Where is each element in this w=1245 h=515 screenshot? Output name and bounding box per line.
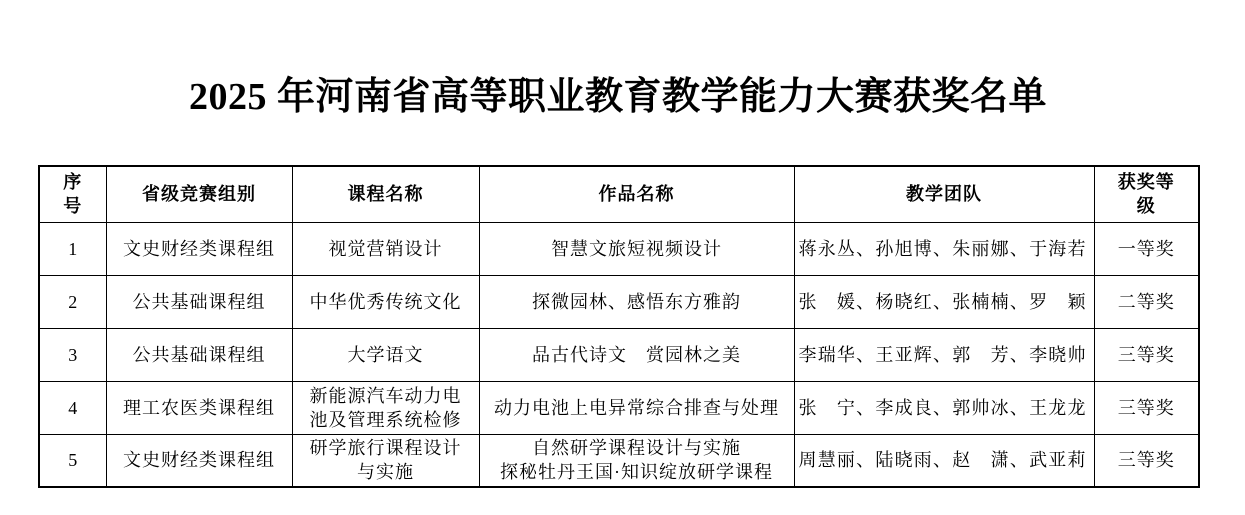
cell-award: 三等奖: [1094, 328, 1199, 381]
cell-course: 视觉营销设计: [292, 222, 479, 275]
col-header-work: 作品名称: [479, 166, 794, 222]
cell-award: 三等奖: [1094, 381, 1199, 434]
cell-index: 5: [39, 434, 106, 487]
awards-table: 序号 省级竞赛组别 课程名称 作品名称 教学团队 获奖等级 1 文史财经类课程组…: [38, 165, 1200, 488]
table-row: 1 文史财经类课程组 视觉营销设计 智慧文旅短视频设计 蒋永丛、孙旭博、朱丽娜、…: [39, 222, 1199, 275]
cell-course: 研学旅行课程设计与实施: [292, 434, 479, 487]
cell-team: 张 媛、杨晓红、张楠楠、罗 颖: [794, 275, 1094, 328]
cell-award: 一等奖: [1094, 222, 1199, 275]
cell-group: 公共基础课程组: [106, 275, 292, 328]
table-row: 3 公共基础课程组 大学语文 品古代诗文 赏园林之美 李瑞华、王亚辉、郭 芳、李…: [39, 328, 1199, 381]
cell-index: 1: [39, 222, 106, 275]
cell-course: 中华优秀传统文化: [292, 275, 479, 328]
table-row: 4 理工农医类课程组 新能源汽车动力电池及管理系统检修 动力电池上电异常综合排查…: [39, 381, 1199, 434]
cell-team: 李瑞华、王亚辉、郭 芳、李晓帅: [794, 328, 1094, 381]
cell-work: 品古代诗文 赏园林之美: [479, 328, 794, 381]
cell-work: 自然研学课程设计与实施 探秘牡丹王国·知识绽放研学课程: [479, 434, 794, 487]
cell-course: 新能源汽车动力电池及管理系统检修: [292, 381, 479, 434]
document-page: 2025 年河南省高等职业教育教学能力大赛获奖名单 序号 省级竞赛组别 课程名称…: [38, 0, 1198, 488]
table-header-row: 序号 省级竞赛组别 课程名称 作品名称 教学团队 获奖等级: [39, 166, 1199, 222]
cell-group: 理工农医类课程组: [106, 381, 292, 434]
col-header-award: 获奖等级: [1094, 166, 1199, 222]
cell-team: 张 宁、李成良、郭帅冰、王龙龙: [794, 381, 1094, 434]
cell-course: 大学语文: [292, 328, 479, 381]
cell-work: 智慧文旅短视频设计: [479, 222, 794, 275]
cell-index: 4: [39, 381, 106, 434]
table-row: 5 文史财经类课程组 研学旅行课程设计与实施 自然研学课程设计与实施 探秘牡丹王…: [39, 434, 1199, 487]
cell-group: 文史财经类课程组: [106, 222, 292, 275]
document-title: 2025 年河南省高等职业教育教学能力大赛获奖名单: [38, 72, 1198, 122]
cell-team: 周慧丽、陆晓雨、赵 潇、武亚莉: [794, 434, 1094, 487]
col-header-index: 序号: [39, 166, 106, 222]
cell-work: 探微园林、感悟东方雅韵: [479, 275, 794, 328]
cell-award: 二等奖: [1094, 275, 1199, 328]
cell-index: 2: [39, 275, 106, 328]
cell-work: 动力电池上电异常综合排查与处理: [479, 381, 794, 434]
col-header-course: 课程名称: [292, 166, 479, 222]
cell-award: 三等奖: [1094, 434, 1199, 487]
cell-index: 3: [39, 328, 106, 381]
cell-group: 公共基础课程组: [106, 328, 292, 381]
col-header-team: 教学团队: [794, 166, 1094, 222]
col-header-group: 省级竞赛组别: [106, 166, 292, 222]
table-row: 2 公共基础课程组 中华优秀传统文化 探微园林、感悟东方雅韵 张 媛、杨晓红、张…: [39, 275, 1199, 328]
cell-group: 文史财经类课程组: [106, 434, 292, 487]
cell-team: 蒋永丛、孙旭博、朱丽娜、于海若: [794, 222, 1094, 275]
